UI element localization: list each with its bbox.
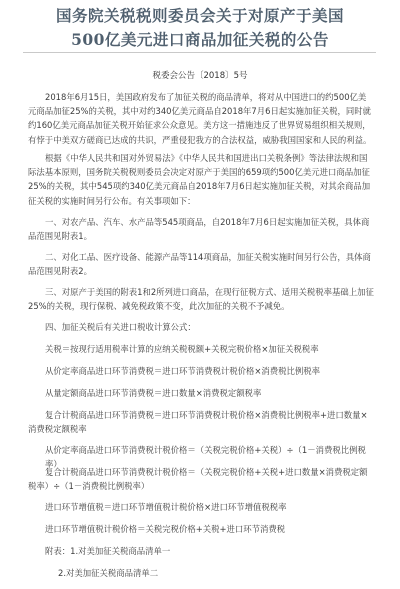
attachment-two: 2.对美加征关税商品清单二	[58, 566, 388, 580]
attachment-one: 附表：1.对美加征关税商品清单一	[45, 544, 375, 558]
announcement-title-line2: 500亿美元进口商品加征关税的公告	[0, 28, 400, 50]
paragraph-decision: 根据《中华人民共和国对外贸易法》《中华人民共和国进出口关税条例》等法律法规和国际…	[28, 151, 374, 208]
formula-compound-consumption-tax: 复合计税商品进口环节消费税＝进口环节消费税计税价格×消费税比例税率+进口数量×消…	[28, 408, 374, 436]
formula-compound-taxable-price: 复合计税商品进口环节消费税计税价格＝（关税完税价格+关税+进口数量×消费税定额税…	[28, 465, 374, 493]
announcement-title-line1: 国务院关税税则委员会关于对原产于美国	[0, 4, 400, 26]
formula-vat: 进口环节增值税＝进口环节增值税计税价格×进口环节增值税税率	[45, 500, 375, 514]
formula-vat-taxable-price: 进口环节增值税计税价格＝关税完税价格+关税+进口环节消费税	[45, 522, 375, 536]
title-divider	[23, 52, 376, 53]
item-four: 四、加征关税后有关进口税收计算公式：	[45, 320, 375, 334]
formula-tariff: 关税＝按现行适用税率计算的应纳关税税额+关税完税价格×加征关税税率	[45, 342, 375, 356]
paragraph-background: 2018年6月15日，美国政府发布了加征关税的商品清单，将对从中国进口的约500…	[28, 90, 374, 147]
formula-ad-valorem-consumption-tax: 从价定率商品进口环节消费税＝进口环节消费税计税价格×消费税比例税率	[45, 364, 375, 378]
item-two: 二、对化工品、医疗设备、能源产品等114项商品，加征关税实施时间另行公告，具体商…	[28, 250, 374, 278]
formula-specific-consumption-tax: 从量定额商品进口环节消费税＝进口数量×消费税定额税率	[45, 386, 375, 400]
item-one: 一、对农产品、汽车、水产品等545项商品，自2018年7月6日起实施加征关税，具…	[28, 215, 374, 243]
document-number: 税委会公告〔2018〕5号	[0, 69, 400, 81]
item-three: 三、对原产于美国的附表1和2所列进口商品，在现行征税方式、适用关税税率基础上加征…	[28, 285, 374, 313]
